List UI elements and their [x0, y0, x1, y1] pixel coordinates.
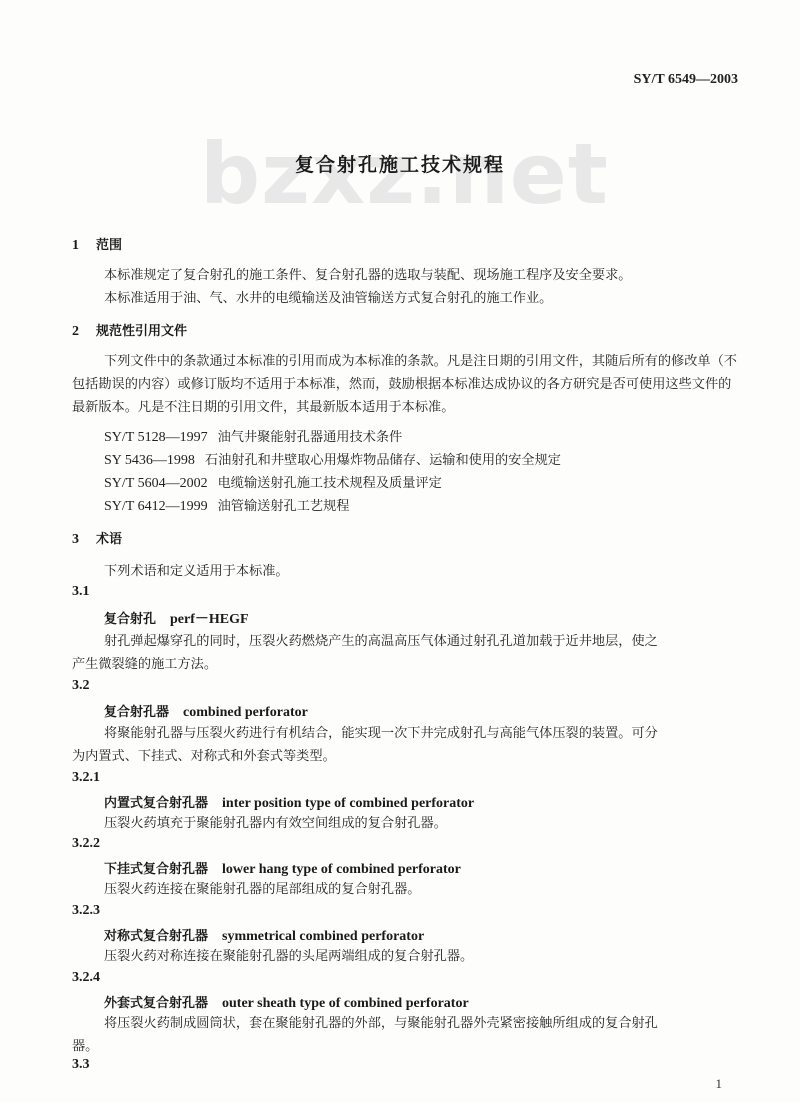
definition: 压裂火药连接在聚能射孔器的尾部组成的复合射孔器。 — [72, 878, 740, 901]
reference-title: 电缆输送射孔施工技术规程及质量评定 — [218, 476, 442, 491]
term-heading: 外套式复合射孔器outer sheath type of combined pe… — [104, 992, 469, 1012]
term-en: perf－HEGF — [170, 612, 249, 627]
standard-code: SY/T 6549—2003 — [634, 72, 738, 88]
section-heading-normative-references: 2规范性引用文件 — [72, 320, 187, 340]
clause-number: 3.2.2 — [72, 836, 100, 852]
reference-code: SY/T 6412—1999 — [104, 499, 208, 515]
term-zh: 外套式复合射孔器 — [104, 996, 208, 1011]
section-title: 规范性引用文件 — [96, 324, 187, 339]
definition: 为内置式、下挂式、对称式和外套式等类型。 — [72, 745, 740, 768]
section-number: 2 — [72, 324, 96, 340]
paragraph: 下列术语和定义适用于本标准。 — [72, 560, 740, 583]
section-number: 1 — [72, 238, 96, 254]
section-title: 术语 — [96, 532, 122, 547]
term-zh: 复合射孔 — [104, 612, 156, 627]
section-heading-scope: 1范围 — [72, 234, 122, 254]
clause-number: 3.3 — [72, 1057, 90, 1073]
clause-number: 3.2.4 — [72, 970, 100, 986]
definition: 器。 — [72, 1035, 740, 1058]
reference-item: SY/T 5604—2002电缆输送射孔施工技术规程及质量评定 — [104, 472, 442, 492]
reference-item: SY/T 6412—1999油管输送射孔工艺规程 — [104, 495, 349, 515]
reference-code: SY/T 5128—1997 — [104, 430, 208, 446]
reference-item: SY 5436—1998石油射孔和井壁取心用爆炸物品储存、运输和使用的安全规定 — [104, 449, 561, 469]
term-en: outer sheath type of combined perforator — [222, 996, 469, 1011]
term-zh: 复合射孔器 — [104, 705, 169, 720]
term-zh: 内置式复合射孔器 — [104, 796, 208, 811]
section-heading-terms: 3术语 — [72, 528, 122, 548]
definition: 射孔弹起爆穿孔的同时，压裂火药燃烧产生的高温高压气体通过射孔孔道加载于近井地层，… — [72, 630, 740, 653]
term-zh: 对称式复合射孔器 — [104, 929, 208, 944]
definition: 压裂火药填充于聚能射孔器内有效空间组成的复合射孔器。 — [72, 812, 740, 835]
definition: 将压裂火药制成圆筒状，套在聚能射孔器的外部，与聚能射孔器外壳紧密接触所组成的复合… — [72, 1012, 740, 1035]
term-en: symmetrical combined perforator — [222, 929, 424, 944]
term-zh: 下挂式复合射孔器 — [104, 862, 208, 877]
section-number: 3 — [72, 532, 96, 548]
reference-item: SY/T 5128—1997油气井聚能射孔器通用技术条件 — [104, 426, 402, 446]
term-en: lower hang type of combined perforator — [222, 862, 461, 877]
definition: 将聚能射孔器与压裂火药进行有机结合，能实现一次下井完成射孔与高能气体压裂的装置。… — [72, 722, 740, 745]
reference-code: SY 5436—1998 — [104, 453, 195, 469]
term-heading: 复合射孔perf－HEGF — [104, 608, 249, 628]
section-title: 范围 — [96, 238, 122, 253]
term-heading: 下挂式复合射孔器lower hang type of combined perf… — [104, 858, 461, 878]
reference-title: 石油射孔和井壁取心用爆炸物品储存、运输和使用的安全规定 — [205, 453, 561, 468]
document-title: 复合射孔施工技术规程 — [0, 150, 800, 177]
term-en: inter position type of combined perforat… — [222, 796, 474, 811]
paragraph: 本标准规定了复合射孔的施工条件、复合射孔器的选取与装配、现场施工程序及安全要求。 — [72, 264, 740, 287]
term-heading: 对称式复合射孔器symmetrical combined perforator — [104, 925, 424, 945]
term-en: combined perforator — [183, 705, 308, 720]
definition: 产生微裂缝的施工方法。 — [72, 653, 740, 676]
term-heading: 内置式复合射孔器inter position type of combined … — [104, 792, 474, 812]
clause-number: 3.1 — [72, 584, 90, 600]
paragraph: 本标准适用于油、气、水井的电缆输送及油管输送方式复合射孔的施工作业。 — [72, 287, 740, 310]
reference-code: SY/T 5604—2002 — [104, 476, 208, 492]
clause-number: 3.2.3 — [72, 903, 100, 919]
definition: 压裂火药对称连接在聚能射孔器的头尾两端组成的复合射孔器。 — [72, 945, 740, 968]
reference-title: 油管输送射孔工艺规程 — [218, 499, 350, 514]
paragraph: 下列文件中的条款通过本标准的引用而成为本标准的条款。凡是注日期的引用文件，其随后… — [72, 350, 740, 419]
page-number: 1 — [716, 1076, 723, 1092]
clause-number: 3.2.1 — [72, 770, 100, 786]
term-heading: 复合射孔器combined perforator — [104, 701, 308, 721]
clause-number: 3.2 — [72, 678, 90, 694]
document-page: bzxz.net SY/T 6549—2003 复合射孔施工技术规程 1范围 本… — [0, 0, 800, 1103]
reference-title: 油气井聚能射孔器通用技术条件 — [218, 430, 403, 445]
